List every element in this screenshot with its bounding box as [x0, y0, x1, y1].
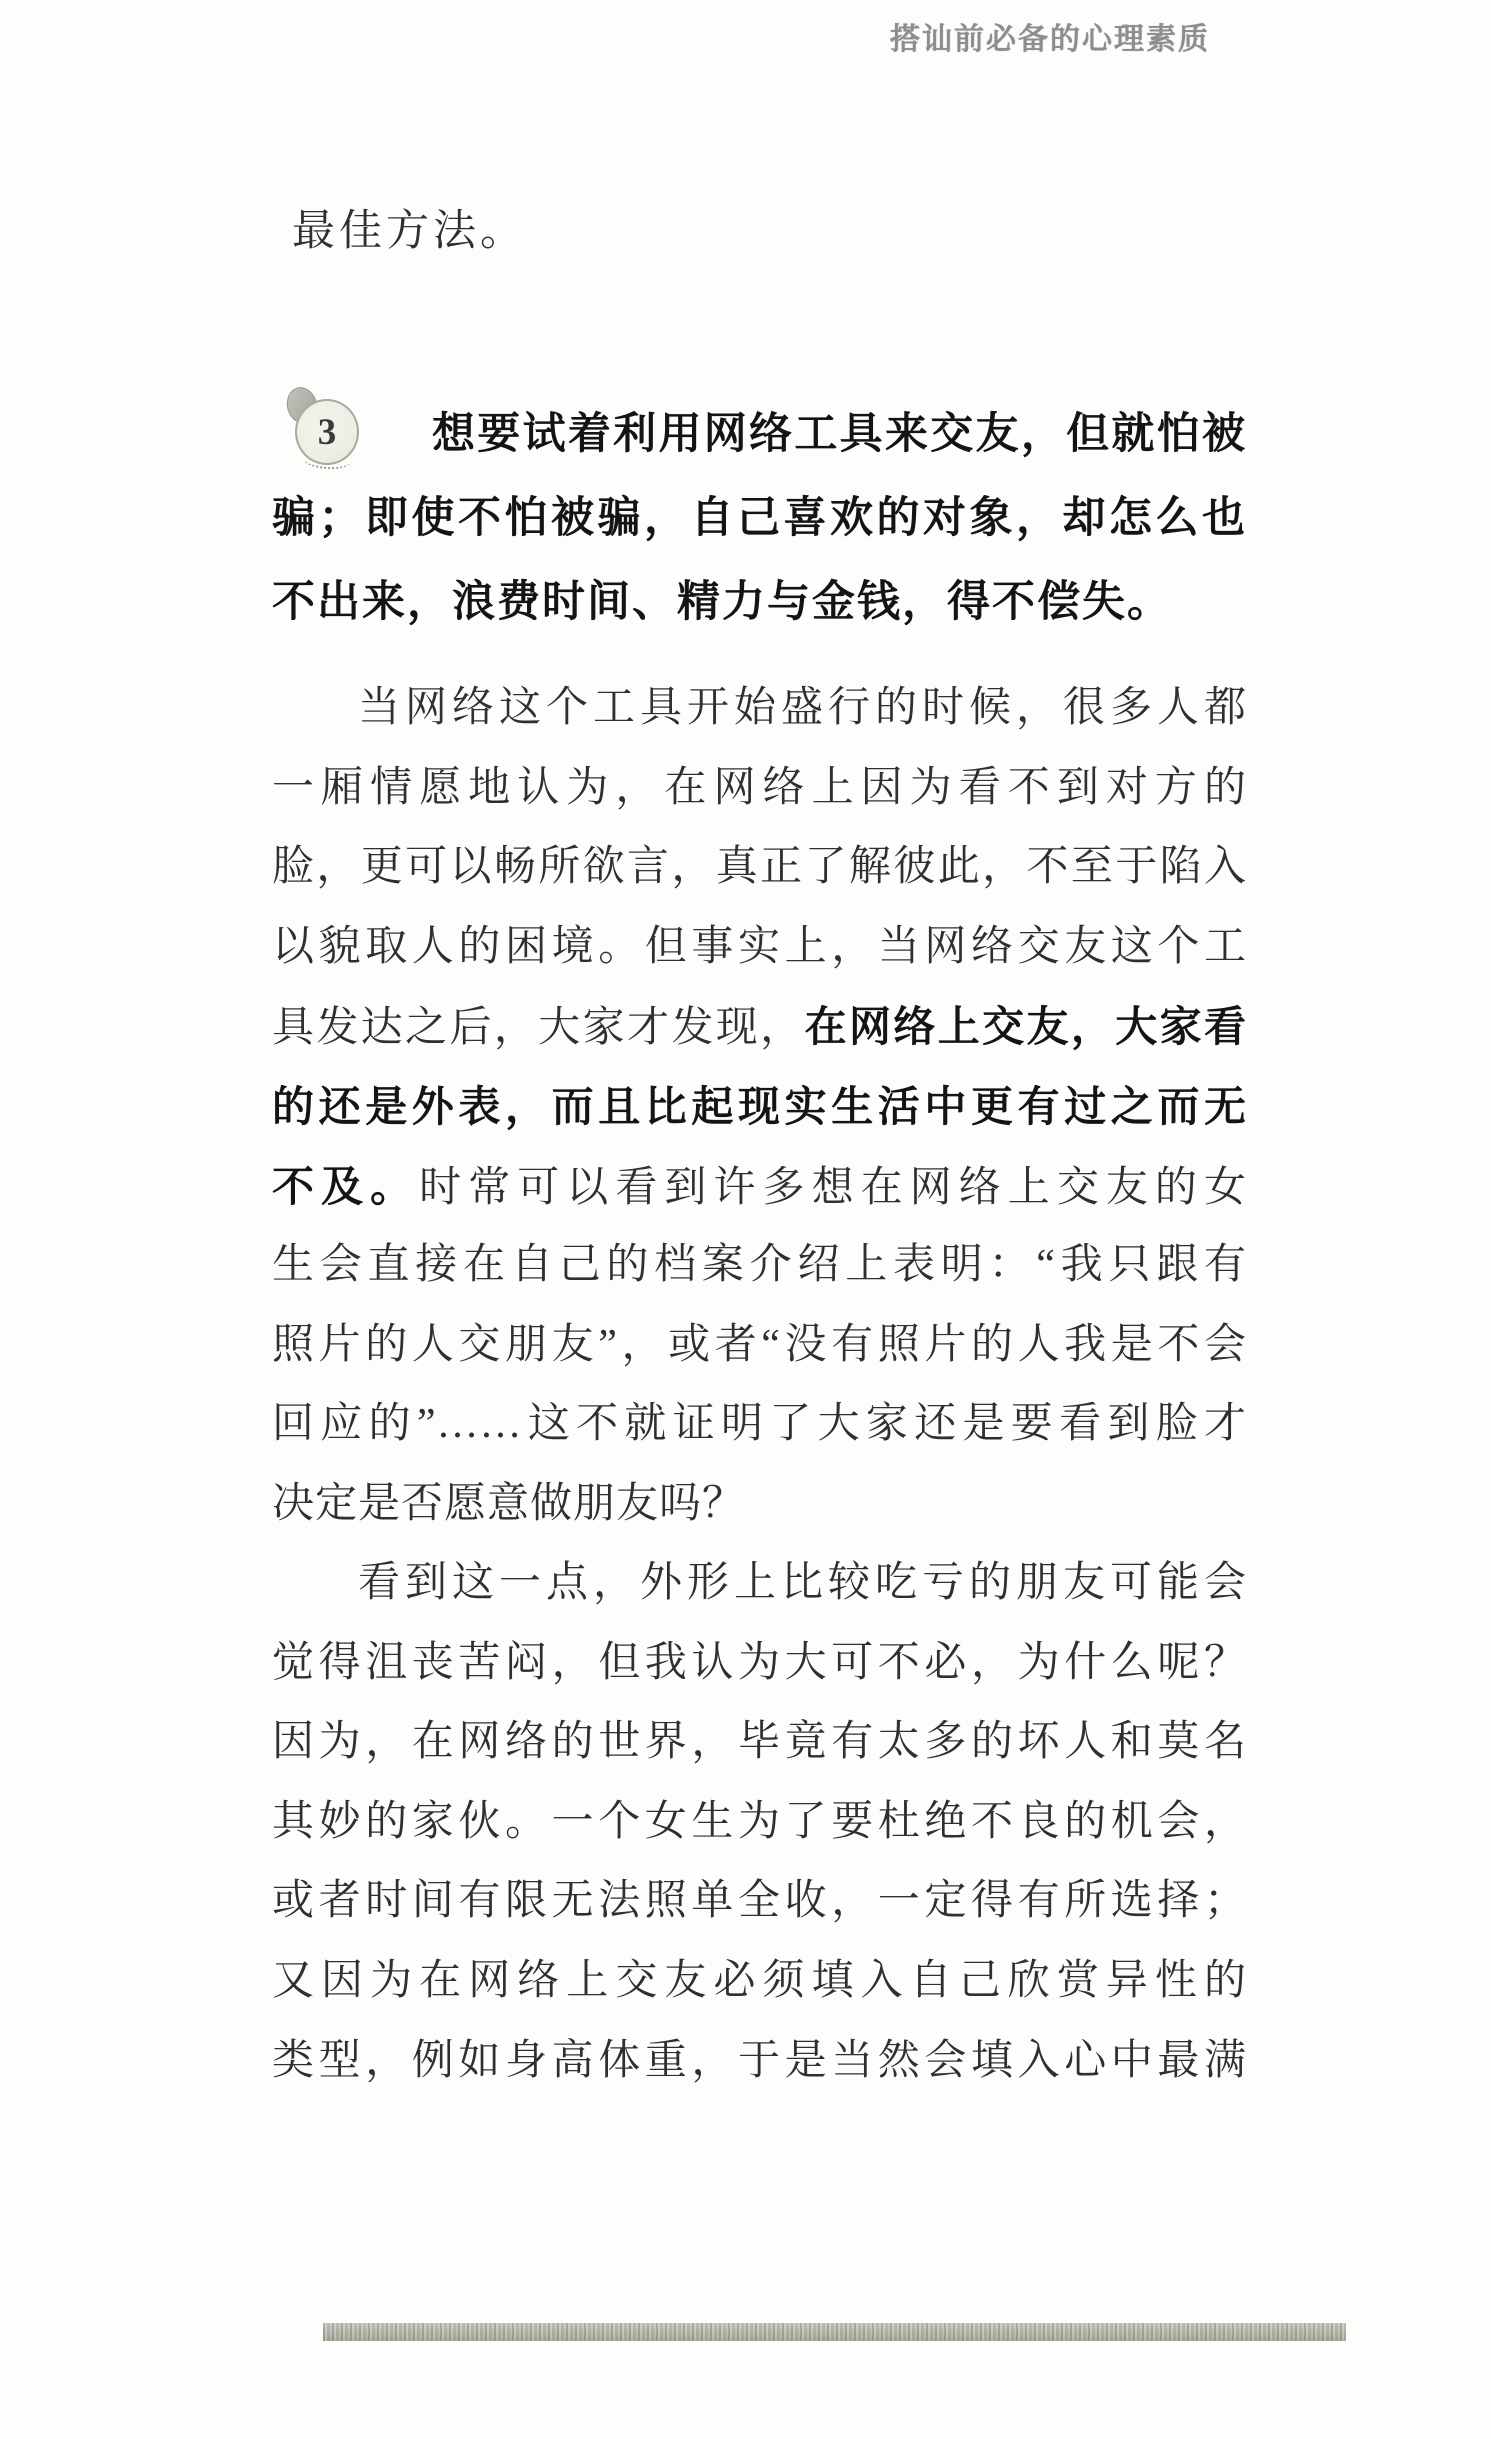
body-paragraph: 看到这一点，外形上比较吃亏的朋友可能会觉得沮丧苦闷，但我认为大可不必，为什么呢？…: [272, 1544, 1247, 2101]
text-segment: 其妙的家伙。一个女生为了要杜绝不良的机会，: [272, 1799, 1247, 1845]
text-line: 因为，在网络的世界，毕竟有太多的坏人和莫名: [272, 1703, 1247, 1783]
bold-text-segment: 在网络上交友，大家看: [805, 1003, 1247, 1050]
text-line: 又因为在网络上交友必须填入自己欣赏异性的: [272, 1942, 1247, 2022]
bold-text-segment: 想要试着利用网络工具来交友，但就怕被: [432, 410, 1247, 458]
text-line: 的还是外表，而且比起现实生活中更有过之而无: [272, 1067, 1247, 1147]
bold-text-segment: 骗；即使不怕被骗，自己喜欢的对象，却怎么也约: [272, 494, 1247, 560]
text-line: 类型，例如身高体重，于是当然会填入心中最满: [272, 2022, 1247, 2102]
text-line: 回应的”……这不就证明了大家还是要看到脸才: [272, 1385, 1247, 1465]
text-line: 不及。时常可以看到许多想在网络上交友的女: [272, 1147, 1247, 1227]
text-segment: 决定是否愿意做朋友吗？: [272, 1481, 745, 1527]
text-segment: 时常可以看到许多想在网络上交友的女: [419, 1165, 1247, 1211]
text-line: 以貌取人的困境。但事实上，当网络交友这个工: [272, 908, 1247, 988]
text-segment: 或者时间有限无法照单全收，一定得有所选择；: [272, 1878, 1247, 1924]
text-line: 不出来，浪费时间、精力与金钱，得不偿失。: [272, 560, 1247, 644]
text-segment: 觉得沮丧苦闷，但我认为大可不必，为什么呢？: [272, 1640, 1247, 1686]
text-line: 或者时间有限无法照单全收，一定得有所选择；: [272, 1862, 1247, 1942]
text-line: 骗；即使不怕被骗，自己喜欢的对象，却怎么也约: [272, 476, 1247, 560]
text-segment: 脸，更可以畅所欲言，真正了解彼此，不至于陷入: [272, 844, 1247, 890]
text-segment: 类型，例如身高体重，于是当然会填入心中最满: [272, 2038, 1247, 2084]
body-paragraph: 当网络这个工具开始盛行的时候，很多人都一厢情愿地认为，在网络上因为看不到对方的脸…: [272, 669, 1247, 1545]
text-segment: 具发达之后，大家才发现，: [272, 1005, 805, 1051]
text-line: 决定是否愿意做朋友吗？: [272, 1465, 1247, 1545]
bold-text-segment: 的还是外表，而且比起现实生活中更有过之而无: [272, 1083, 1247, 1130]
text-segment: 又因为在网络上交友必须填入自己欣赏异性的: [272, 1958, 1247, 2004]
text-line: 想要试着利用网络工具来交友，但就怕被: [272, 392, 1247, 476]
text-line: 其妙的家伙。一个女生为了要杜绝不良的机会，: [272, 1783, 1247, 1863]
footer-decorative-bar: [323, 2323, 1346, 2341]
text-line: 生会直接在自己的档案介绍上表明：“我只跟有: [272, 1226, 1247, 1306]
text-line: 具发达之后，大家才发现，在网络上交友，大家看: [272, 987, 1247, 1067]
highlight-paragraph: 想要试着利用网络工具来交友，但就怕被骗；即使不怕被骗，自己喜欢的对象，却怎么也约…: [272, 392, 1247, 644]
text-line: 当网络这个工具开始盛行的时候，很多人都: [272, 669, 1247, 749]
text-line: 一厢情愿地认为，在网络上因为看不到对方的: [272, 749, 1247, 829]
text-segment: 回应的”……这不就证明了大家还是要看到脸才: [272, 1401, 1247, 1447]
running-header: 搭讪前必备的心理素质: [890, 14, 1210, 58]
text-line: 觉得沮丧苦闷，但我认为大可不必，为什么呢？: [272, 1624, 1247, 1704]
text-segment: 看到这一点，外形上比较吃亏的朋友可能会: [358, 1560, 1247, 1606]
text-line: 看到这一点，外形上比较吃亏的朋友可能会: [272, 1544, 1247, 1624]
text-line: 照片的人交朋友”，或者“没有照片的人我是不会: [272, 1306, 1247, 1386]
text-segment: 生会直接在自己的档案介绍上表明：“我只跟有: [272, 1242, 1247, 1288]
text-segment: 以貌取人的困境。但事实上，当网络交友这个工: [272, 924, 1247, 970]
intro-line: 最佳方法。: [292, 206, 527, 258]
text-segment: 当网络这个工具开始盛行的时候，很多人都: [358, 685, 1247, 731]
text-segment: 一厢情愿地认为，在网络上因为看不到对方的: [272, 765, 1247, 811]
bold-text-segment: 不出来，浪费时间、精力与金钱，得不偿失。: [272, 578, 1172, 626]
text-segment: 照片的人交朋友”，或者“没有照片的人我是不会: [272, 1322, 1247, 1368]
bold-text-segment: 不及。: [272, 1163, 419, 1210]
text-segment: 因为，在网络的世界，毕竟有太多的坏人和莫名: [272, 1719, 1247, 1765]
book-page: 搭讪前必备的心理素质 最佳方法。 3 想要试着利用网络工具来交友，但就怕被骗；即…: [0, 0, 1491, 2439]
text-line: 脸，更可以畅所欲言，真正了解彼此，不至于陷入: [272, 828, 1247, 908]
